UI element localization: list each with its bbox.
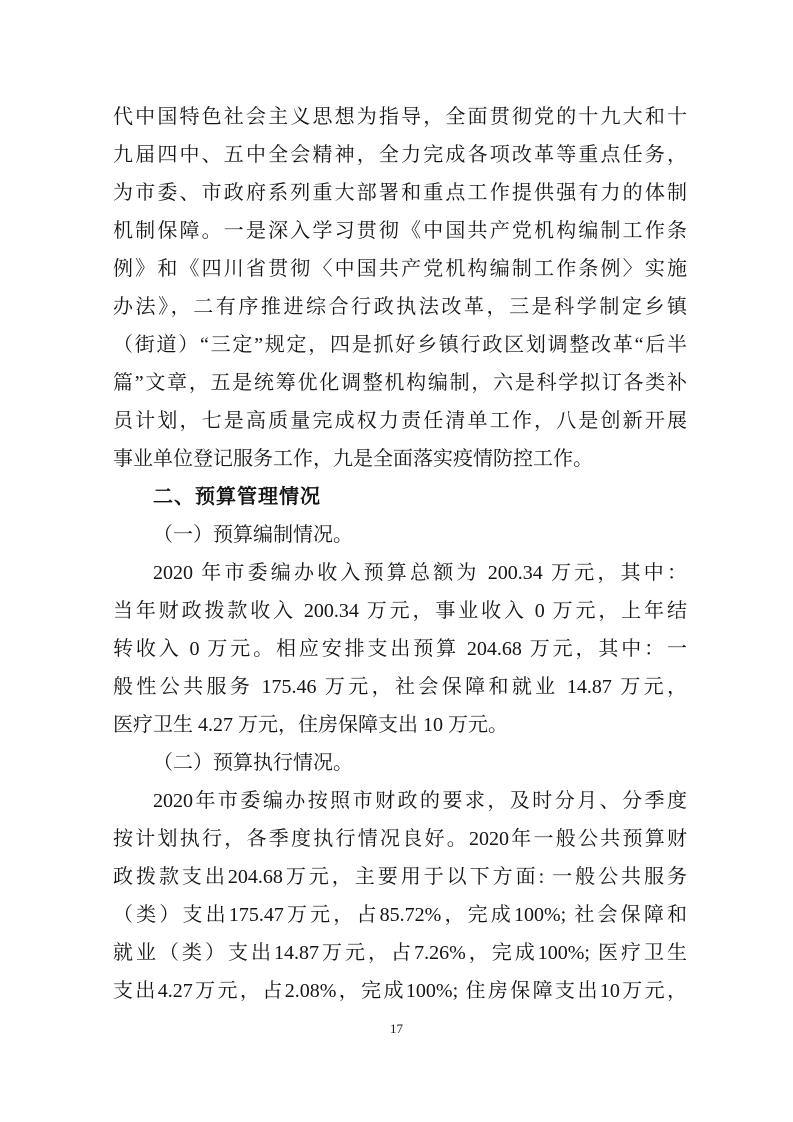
text-line: 例》和《四川省贯彻〈中国共产党机构编制工作条例〉实施: [113, 250, 687, 288]
text-line: 办法》，二有序推进综合行政执法改革，三是科学制定乡镇: [113, 288, 687, 326]
text-line: 按计划执行，各季度执行情况良好。2020年一般公共预算财: [113, 820, 687, 858]
text-line: 支出4.27万元，占2.08%，完成100%; 住房保障支出10万元，: [113, 972, 687, 1010]
text-line: 转收入 0 万元。相应安排支出预算 204.68 万元，其中：一: [113, 630, 687, 668]
text-line: （一）预算编制情况。: [113, 516, 687, 554]
text-line: 医疗卫生 4.27 万元，住房保障支出 10 万元。: [113, 706, 687, 744]
text-line: 为市委、市政府系列重大部署和重点工作提供强有力的体制: [113, 174, 687, 212]
text-line: 2020年市委编办按照市财政的要求，及时分月、分季度: [113, 782, 687, 820]
text-line: （类）支出175.47万元，占85.72%，完成100%; 社会保障和: [113, 896, 687, 934]
text-line: 般性公共服务 175.46 万元，社会保障和就业 14.87 万元，: [113, 668, 687, 706]
section-heading: 二、预算管理情况: [113, 478, 687, 516]
document-page: 代中国特色社会主义思想为指导，全面贯彻党的十九大和十九届四中、五中全会精神，全力…: [0, 0, 793, 1122]
text-line: （街道）“三定”规定，四是抓好乡镇行政区划调整改革“后半: [113, 326, 687, 364]
text-line: 篇”文章，五是统筹优化调整机构编制，六是科学拟订各类补: [113, 364, 687, 402]
document-body: 代中国特色社会主义思想为指导，全面贯彻党的十九大和十九届四中、五中全会精神，全力…: [113, 98, 687, 1010]
text-line: 事业单位登记服务工作，九是全面落实疫情防控工作。: [113, 440, 687, 478]
text-line: 机制保障。一是深入学习贯彻《中国共产党机构编制工作条: [113, 212, 687, 250]
text-line: 政拨款支出204.68万元，主要用于以下方面: 一般公共服务: [113, 858, 687, 896]
text-line: 员计划，七是高质量完成权力责任清单工作，八是创新开展: [113, 402, 687, 440]
text-line: 就业（类）支出14.87万元，占7.26%，完成100%; 医疗卫生: [113, 934, 687, 972]
text-line: 2020 年市委编办收入预算总额为 200.34 万元，其中：: [113, 554, 687, 592]
text-line: 当年财政拨款收入 200.34 万元，事业收入 0 万元，上年结: [113, 592, 687, 630]
text-line: 代中国特色社会主义思想为指导，全面贯彻党的十九大和十: [113, 98, 687, 136]
text-line: （二）预算执行情况。: [113, 744, 687, 782]
page-number: 17: [0, 1021, 793, 1037]
text-line: 九届四中、五中全会精神，全力完成各项改革等重点任务，: [113, 136, 687, 174]
